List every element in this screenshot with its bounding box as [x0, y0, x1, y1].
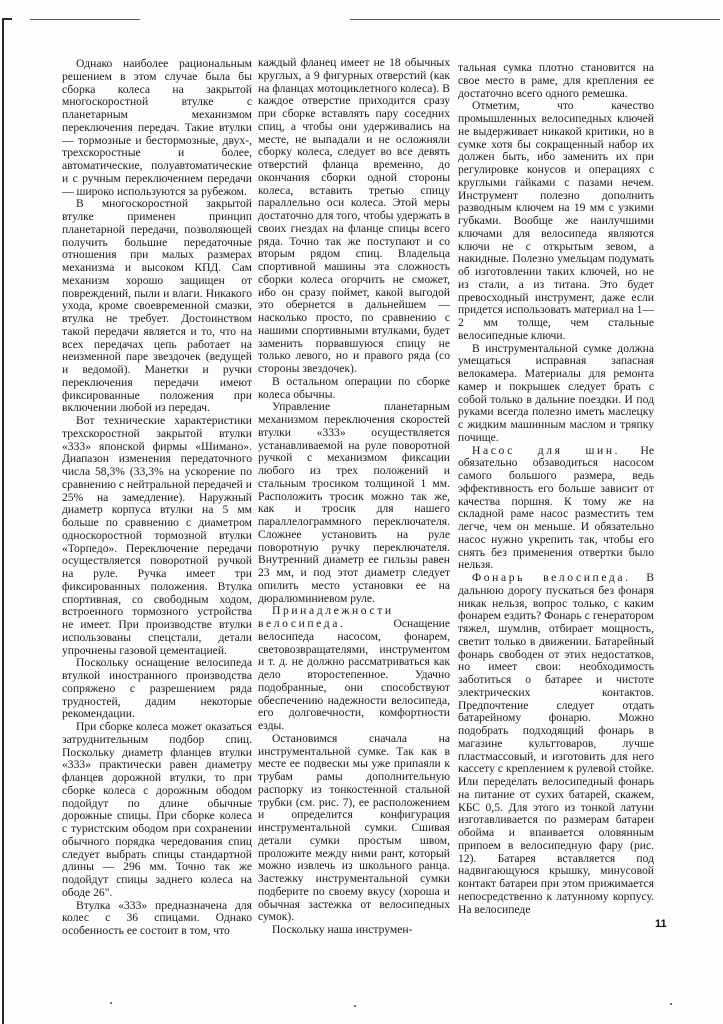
- paragraph: В многоскоростной закрытой втулке примен…: [62, 198, 252, 415]
- page-edge-rule: [2, 20, 4, 1024]
- text-column-1: Однако наиболее рациональным решением в …: [62, 58, 252, 938]
- magazine-page: Однако наиболее рациональным решением в …: [0, 0, 723, 1024]
- print-speck: [110, 1002, 112, 1004]
- pump-section: Насос для шин. Не обязательно обзаводить…: [458, 445, 654, 573]
- paragraph: Поскольку наша инструмен-: [258, 924, 450, 937]
- lamp-section: Фонарь велосипеда. В дальнюю дорогу пуск…: [458, 572, 654, 916]
- paragraph: Остановимся сначала на инструментальной …: [258, 733, 450, 924]
- section-paragraph: Принадлежности велосипеда. Оснащение вел…: [258, 605, 450, 733]
- lamp-text: В дальнюю дорогу пускаться без фонаря ни…: [458, 571, 654, 916]
- paragraph: В остальном операции по сборке колеса об…: [258, 376, 450, 402]
- pump-heading: Насос для шин.: [472, 444, 620, 457]
- text-column-3: тальная сумка плотно становится на свое …: [458, 62, 654, 916]
- lamp-heading: Фонарь велосипеда.: [472, 571, 631, 584]
- paragraph: Управление планетарным механизмом перекл…: [258, 401, 450, 605]
- paragraph: В инструментальной сумке должна умещатьс…: [458, 343, 654, 445]
- paragraph: Поскольку оснащение велосипеда втулкой и…: [62, 657, 252, 721]
- top-divider-right: [350, 19, 720, 20]
- paragraph: При сборке колеса может оказаться затруд…: [62, 721, 252, 900]
- paragraph: Отметим, что качество промышленных велос…: [458, 100, 654, 342]
- pump-text: Не обязательно обзаводиться насосом само…: [458, 444, 654, 572]
- top-divider-left: [30, 19, 140, 20]
- page-number: 11: [655, 918, 667, 930]
- print-speck: [670, 1003, 672, 1005]
- paragraph: Однако наиболее рациональным решением в …: [62, 58, 252, 198]
- text-column-2: каждый фланец имеет не 18 обычных круглы…: [258, 57, 450, 937]
- paragraph: Вот технические характеристики трехскоро…: [62, 415, 252, 657]
- paragraph: Втулка «333» предназначена для колес с 3…: [62, 900, 252, 938]
- section-text: Оснащение велосипеда насосом, фонарем, с…: [258, 617, 450, 732]
- page-corner-mark: [2, 18, 12, 20]
- section-heading: Принадлежности велосипеда.: [258, 604, 394, 630]
- paragraph: тальная сумка плотно становится на свое …: [458, 62, 654, 100]
- paragraph: каждый фланец имеет не 18 обычных круглы…: [258, 57, 450, 376]
- print-speck: [354, 1005, 356, 1007]
